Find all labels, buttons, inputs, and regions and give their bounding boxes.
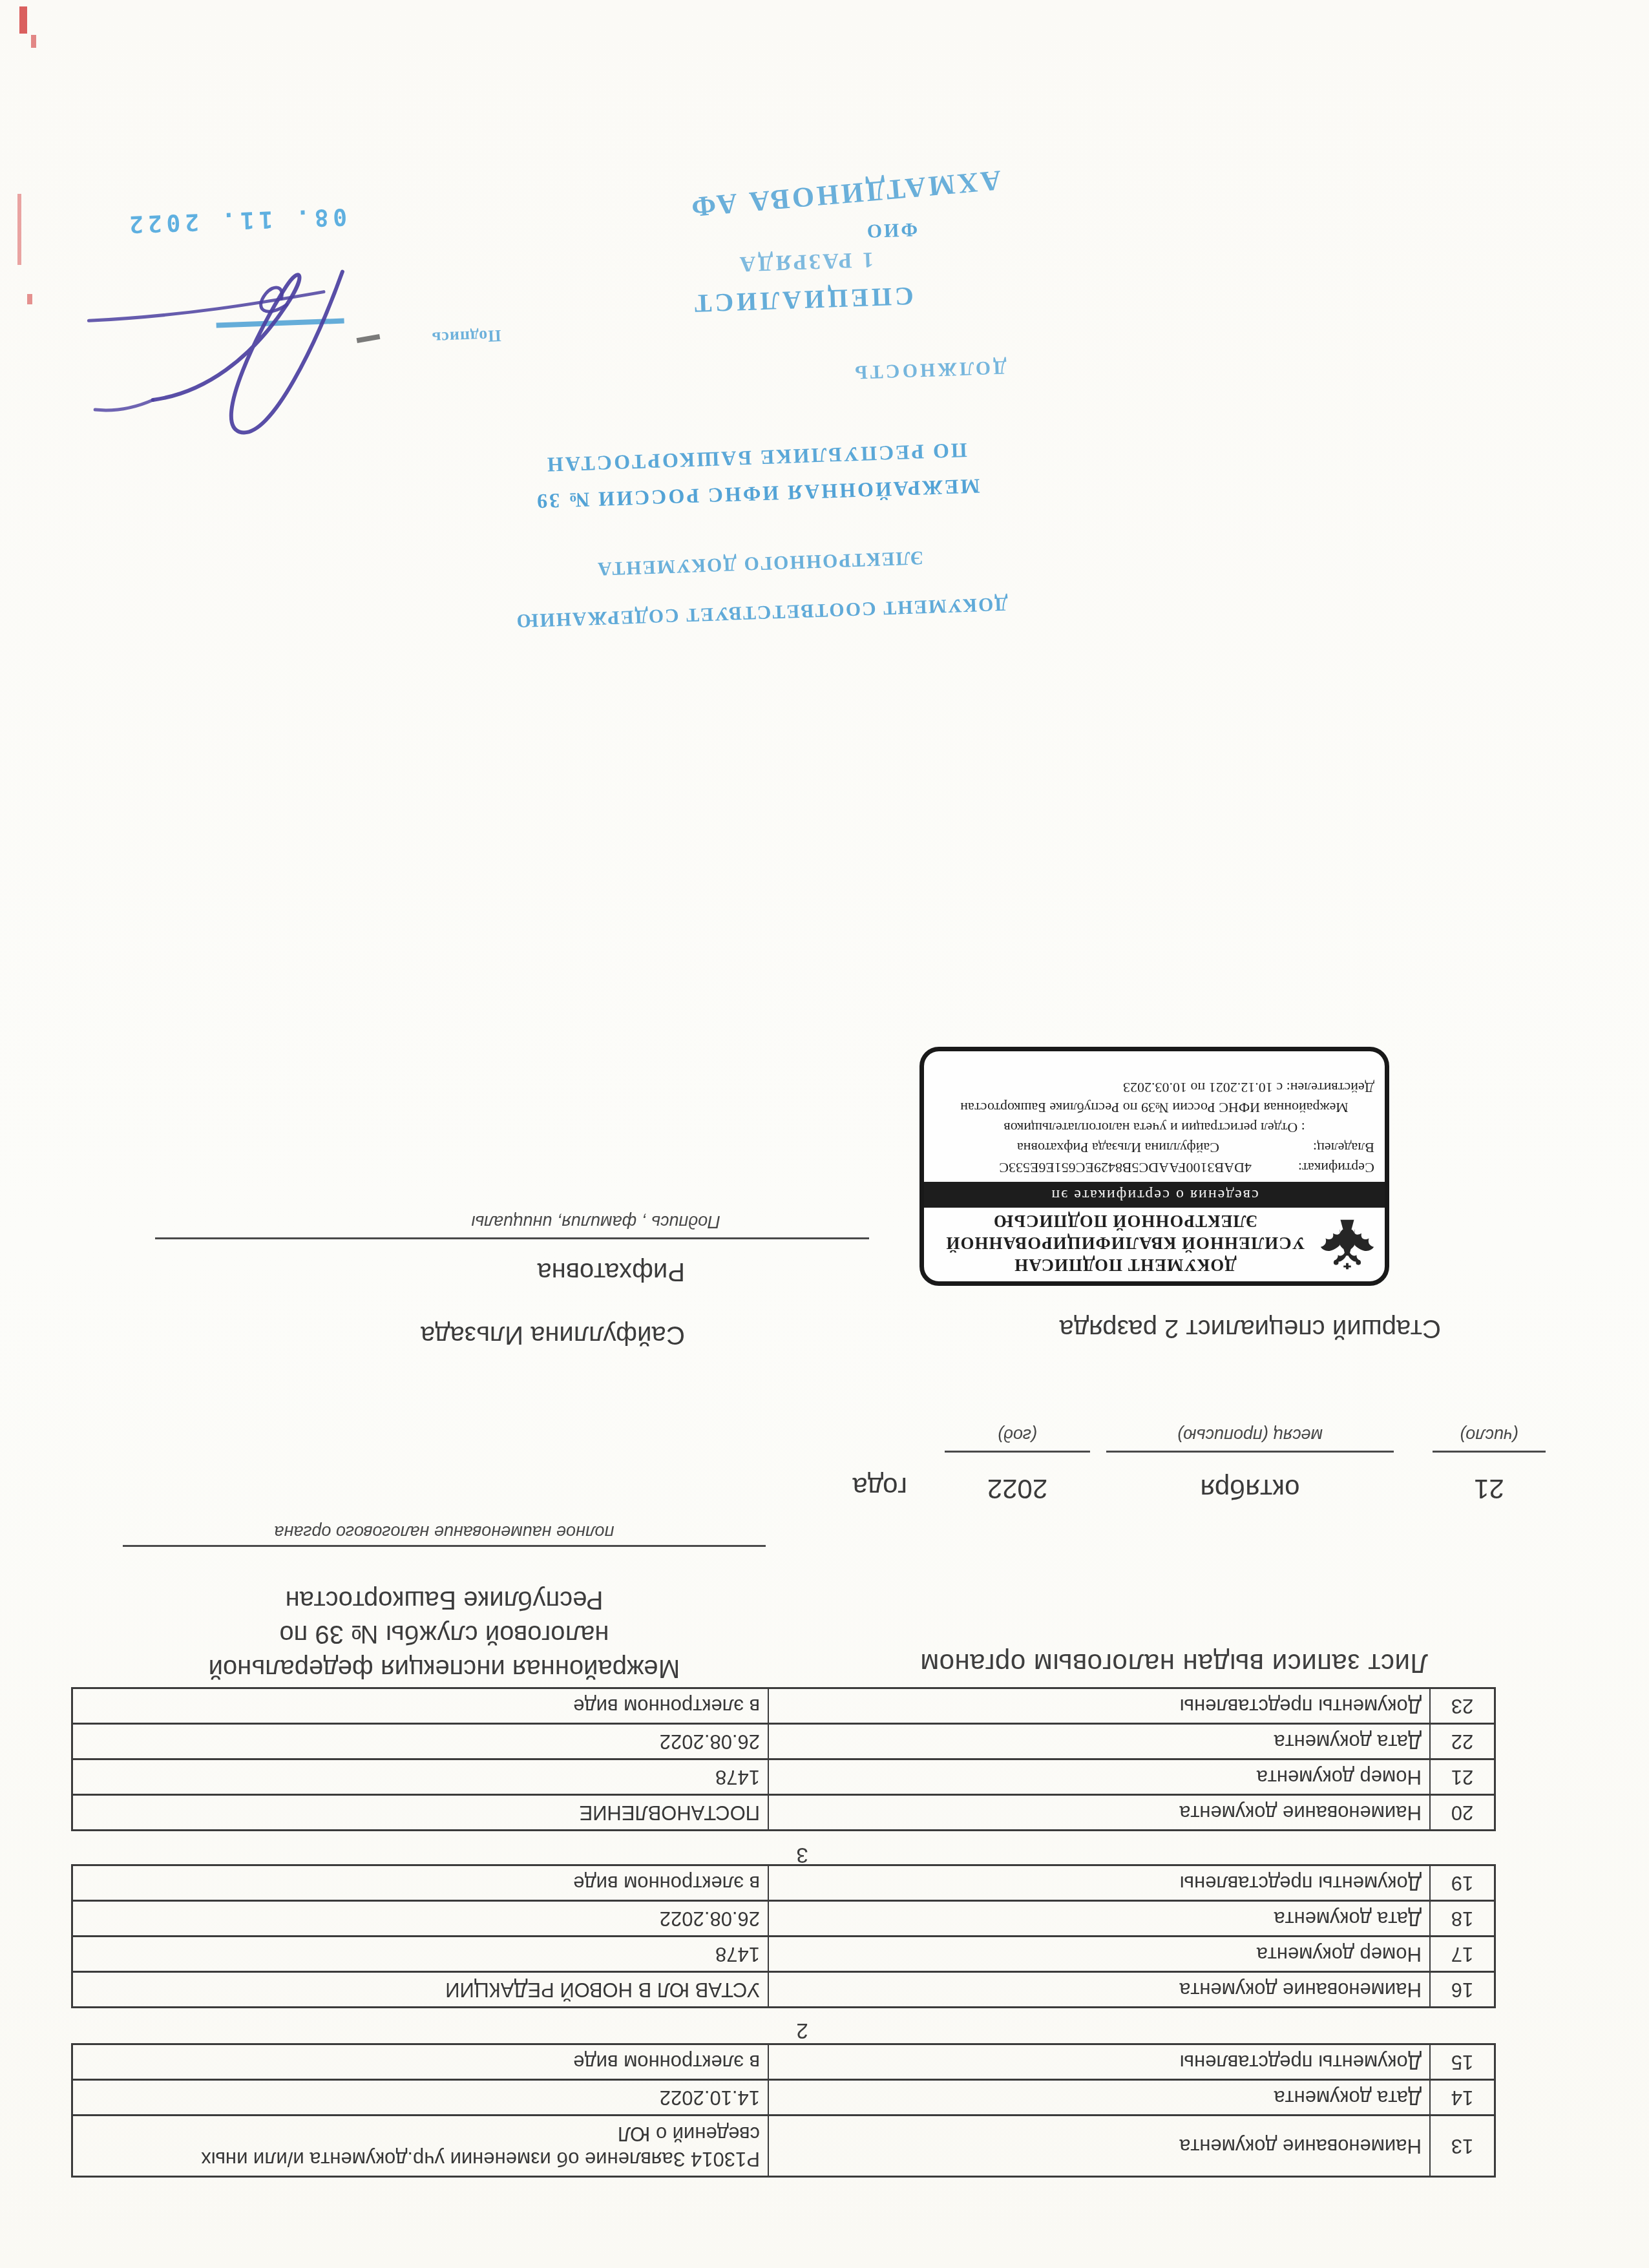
row-label-cell: Наименование документа xyxy=(768,2116,1430,2177)
stamp-fio-value: АХМАТДИНОВА АФ xyxy=(688,163,1002,224)
stamp-statement-line2: ЭЛЕКТРОННОГО ДОКУМЕНТА xyxy=(501,543,1019,583)
table-row: 14 Дата документа 14.10.2022 xyxy=(72,2080,1495,2116)
date-month-underline xyxy=(1106,1451,1394,1453)
row-number-cell: 15 xyxy=(1430,2044,1495,2080)
stamp-org-line1: МЕЖРАЙОННАЯ ИФНС РОССИИ № 39 xyxy=(499,472,1016,514)
certificate-number-row: Сертификат: 4DAB3100FAADC5B8429EC651E6E5… xyxy=(934,1158,1374,1178)
row-number-cell: 23 xyxy=(1430,1688,1495,1724)
table-row: 18 Дата документа 26.08.2022 xyxy=(72,1901,1495,1937)
stamp-statement-line1: ДОКУМЕНТ СООТВЕТСТВУЕТ СОДЕРЖАНИЮ xyxy=(503,592,1020,632)
scan-edge-artifact xyxy=(19,6,27,34)
esign-title-line: УСИЛЕННОЙ КВАЛИФИЦИРОВАННОЙ xyxy=(933,1232,1318,1254)
date-month: октября xyxy=(1106,1473,1394,1504)
page-number-2: 2 xyxy=(109,2019,1496,2043)
row-value-cell: ПОСТАНОВЛЕНИЕ xyxy=(72,1795,769,1831)
row-label-cell: Номер документа xyxy=(768,1759,1430,1795)
stamp-fio-label: ФИО xyxy=(865,218,918,242)
row-label-cell: Наименование документа xyxy=(768,1972,1430,2008)
table-row: 23 Документы представлены в электронном … xyxy=(72,1688,1495,1724)
certificate-owner-row: Владелец: Сайфуллина Ильзада Рифхатовна xyxy=(934,1138,1374,1158)
row-number-cell: 20 xyxy=(1430,1795,1495,1831)
certificate-info-band: сведения о сертификате эп xyxy=(924,1182,1385,1208)
date-month-caption: месяц (прописью) xyxy=(1090,1425,1410,1445)
owner-department-line: : Отдел регистрации и учета налогоплател… xyxy=(934,1118,1374,1138)
table-row: 22 Дата документа 26.08.2022 xyxy=(72,1724,1495,1759)
issued-by-title: Лист записи выдан налоговым органом xyxy=(920,1648,1428,1679)
tax-authority-caption: полное наименование налогового органа xyxy=(123,1522,766,1542)
esign-title-line: ЭЛЕКТРОННОЙ ПОДПИСЬЮ xyxy=(933,1210,1318,1232)
row-number-cell: 19 xyxy=(1430,1865,1495,1901)
row-value-cell: в электронном виде xyxy=(72,2044,769,2080)
esign-stamp-title: ДОКУМЕНТ ПОДПИСАН УСИЛЕННОЙ КВАЛИФИЦИРОВ… xyxy=(933,1210,1318,1276)
row-value-cell: Р13014 Заявление об изменении учр.докуме… xyxy=(72,2116,769,2177)
owner-organization-line: Межрайонная ИФНС России №39 по Республик… xyxy=(934,1098,1374,1118)
date-day: 21 xyxy=(1433,1473,1546,1504)
row-value-cell: 1478 xyxy=(72,1759,769,1795)
row-value-cell: в электронном виде xyxy=(72,1688,769,1724)
signatory-position: Старший специалист 2 разряда xyxy=(1060,1314,1441,1343)
tax-authority-name-line: налоговой службы № 39 по xyxy=(123,1617,766,1651)
row-label-cell: Дата документа xyxy=(768,1901,1430,1937)
row-value-text: Р13014 Заявление об изменении учр.докуме… xyxy=(165,2121,760,2171)
row-label-cell: Дата документа xyxy=(768,2080,1430,2116)
tax-authority-underline xyxy=(123,1545,766,1547)
row-label-cell: Наименование документа xyxy=(768,1795,1430,1831)
stamp-position-label: ДОЛЖНОСТЬ xyxy=(852,356,1007,383)
tax-authority-name: Межрайонная инспекция федеральной налого… xyxy=(123,1582,766,1685)
table-row: 13 Наименование документа Р13014 Заявлен… xyxy=(72,2116,1495,2177)
esign-title-line: ДОКУМЕНТ ПОДПИСАН xyxy=(933,1254,1318,1276)
row-number-cell: 21 xyxy=(1430,1759,1495,1795)
row-number-cell: 16 xyxy=(1430,1972,1495,2008)
scan-edge-artifact xyxy=(31,35,36,48)
date-year-underline xyxy=(945,1451,1090,1453)
tax-authority-name-line: Республике Башкортостан xyxy=(123,1582,766,1617)
table-row: 16 Наименование документа УСТАВ ЮЛ В НОВ… xyxy=(72,1972,1495,2008)
signature-caption: Подпись , фамилия, инициалы xyxy=(337,1212,854,1232)
table-row: 20 Наименование документа ПОСТАНОВЛЕНИЕ xyxy=(72,1795,1495,1831)
scan-edge-artifact xyxy=(27,294,32,304)
row-label-cell: Документы представлены xyxy=(768,2044,1430,2080)
stamp-date: 08. 11. 2022 xyxy=(124,203,347,237)
certificate-details: Сертификат: 4DAB3100FAADC5B8429EC651E6E5… xyxy=(924,1074,1385,1182)
handwritten-signature xyxy=(70,236,369,494)
row-label-cell: Документы представлены xyxy=(768,1865,1430,1901)
stamp-org-line2: ПО РЕСПУБЛИКЕ БАШКОРТОСТАН xyxy=(498,436,1015,478)
date-day-underline xyxy=(1433,1451,1546,1453)
electronic-signature-stamp: ДОКУМЕНТ ПОДПИСАН УСИЛЕННОЙ КВАЛИФИЦИРОВ… xyxy=(919,1047,1389,1286)
certificate-label: Сертификат: xyxy=(1277,1158,1374,1178)
tax-authority-name-line: Межрайонная инспекция федеральной xyxy=(123,1651,766,1685)
coat-of-arms-icon xyxy=(1318,1212,1377,1275)
row-value-cell: 26.08.2022 xyxy=(72,1901,769,1937)
verification-ink-stamp: ДОКУМЕНТ СООТВЕТСТВУЕТ СОДЕРЖАНИЮ ЭЛЕКТР… xyxy=(61,142,1020,656)
row-label-cell: Дата документа xyxy=(768,1724,1430,1759)
date-year: 2022 xyxy=(945,1473,1090,1504)
document-records-table-rows-13-15: 13 Наименование документа Р13014 Заявлен… xyxy=(71,2043,1496,2178)
row-value-cell: УСТАВ ЮЛ В НОВОЙ РЕДАКЦИИ xyxy=(72,1972,769,2008)
row-value-cell: 1478 xyxy=(72,1937,769,1972)
scan-edge-artifact xyxy=(17,194,21,265)
row-label-cell: Документы представлены xyxy=(768,1688,1430,1724)
row-value-cell: 26.08.2022 xyxy=(72,1724,769,1759)
table-row: 19 Документы представлены в электронном … xyxy=(72,1865,1495,1901)
row-number-cell: 17 xyxy=(1430,1937,1495,1972)
row-number-cell: 18 xyxy=(1430,1901,1495,1937)
row-value-cell: в электронном виде xyxy=(72,1865,769,1901)
owner-label: Владелец: xyxy=(1277,1138,1374,1158)
table-row: 21 Номер документа 1478 xyxy=(72,1759,1495,1795)
date-day-caption: (число) xyxy=(1416,1425,1562,1445)
row-number-cell: 22 xyxy=(1430,1724,1495,1759)
row-number-cell: 13 xyxy=(1430,2116,1495,2177)
stamp-signature-label: Подпись xyxy=(431,326,501,348)
certificate-validity-line: Действителен: с 10.12.2021 по 10.03.2023 xyxy=(934,1078,1374,1098)
page-number-3: 3 xyxy=(109,1843,1496,1867)
document-records-table-rows-20-23: 20 Наименование документа ПОСТАНОВЛЕНИЕ … xyxy=(71,1687,1496,1831)
stamp-position-value2: 1 РАЗРЯДА xyxy=(737,247,874,276)
table-row: 15 Документы представлены в электронном … xyxy=(72,2044,1495,2080)
owner-value: Сайфуллина Ильзада Рифхатовна xyxy=(1017,1138,1219,1158)
rotated-document-content: 13 Наименование документа Р13014 Заявлен… xyxy=(0,0,1649,2268)
row-label-cell: Номер документа xyxy=(768,1937,1430,1972)
document-records-table-rows-16-19: 16 Наименование документа УСТАВ ЮЛ В НОВ… xyxy=(71,1864,1496,2008)
stamp-position-value1: СПЕЦИАЛИСТ xyxy=(691,281,914,319)
row-value-cell: 14.10.2022 xyxy=(72,2080,769,2116)
date-year-caption: (год) xyxy=(941,1425,1093,1445)
scanned-document-page: 13 Наименование документа Р13014 Заявлен… xyxy=(0,0,1649,2268)
signatory-name-line2: Рифхатовна xyxy=(537,1257,685,1286)
signature-underline xyxy=(155,1237,869,1239)
signatory-name-line1: Сайфуллина Ильзада xyxy=(421,1320,685,1349)
certificate-value: 4DAB3100FAADC5B8429EC651E6E533C xyxy=(999,1158,1252,1178)
esign-stamp-header: ДОКУМЕНТ ПОДПИСАН УСИЛЕННОЙ КВАЛИФИЦИРОВ… xyxy=(924,1208,1385,1281)
date-suffix: года xyxy=(778,1471,907,1502)
row-number-cell: 14 xyxy=(1430,2080,1495,2116)
table-row: 17 Номер документа 1478 xyxy=(72,1937,1495,1972)
